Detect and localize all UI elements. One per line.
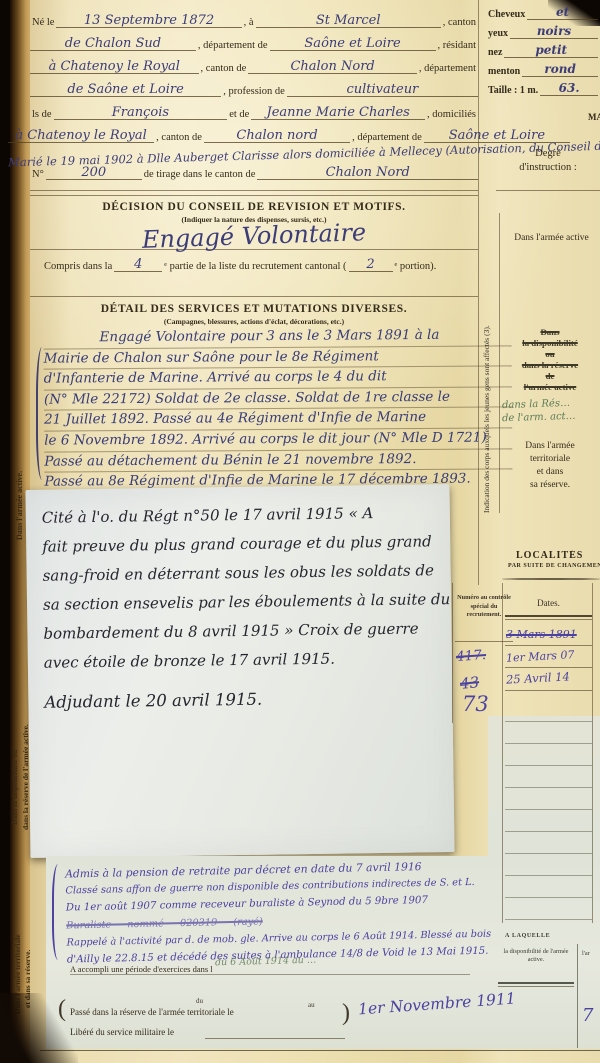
taille-value: 63. xyxy=(540,82,598,96)
laquelle-header: À LAQUELLE xyxy=(505,933,600,939)
yeux-value: noirs xyxy=(510,25,598,39)
numero-label: N° xyxy=(30,169,46,180)
armee-active-header: Dans l'armée active xyxy=(504,232,599,244)
menton-value: rond xyxy=(522,63,598,77)
dispo-column-header: la disponibilité de l'armée active. xyxy=(498,948,574,964)
territoriale-line: Dans l'armée xyxy=(504,440,596,453)
parents-departement-label: , département de xyxy=(350,132,424,143)
dates-column-header: Dates. xyxy=(505,598,592,608)
document-scan: Dans l'armée active. Dans la disponibili… xyxy=(0,0,600,1063)
localites-subheader: PAR SUITE DE CHANGEMENTS xyxy=(508,563,600,569)
departement-label: , département de xyxy=(196,40,270,51)
numero-column-border xyxy=(452,583,453,723)
subtable-divider xyxy=(577,944,578,1048)
struck-line: dans la réserve xyxy=(504,360,596,371)
rule-line xyxy=(496,190,600,191)
struck-line: Dans xyxy=(504,327,596,338)
territoriale-line: territoriale xyxy=(504,453,596,466)
date-entry-struck: 3 Mars 1891 xyxy=(506,628,577,641)
territoriale-line: sa réserve. xyxy=(504,479,596,492)
degre-instruction-label-1: Degré xyxy=(498,148,598,159)
departement-value: Saône et Loire xyxy=(270,37,436,51)
territoriale-block: Dans l'armée territoriale et dans sa rés… xyxy=(504,440,596,492)
profession-value: cultivateur xyxy=(287,83,478,97)
services-section-title: DÉTAIL DES SERVICES ET MUTATIONS DIVERSE… xyxy=(30,303,478,315)
struck-line: ou xyxy=(504,349,596,360)
rule-line xyxy=(30,195,478,196)
citation-line: avec étoile de bronze le 17 avril 1915. xyxy=(44,643,452,678)
bio-row-tirage: N° 200 de tirage dans le canton de Chalo… xyxy=(30,166,478,180)
citation-slip: Cité à l'o. du Régt n°50 le 17 avril 191… xyxy=(25,484,454,858)
header-curve-line xyxy=(502,578,600,580)
bio-row-parents-domicile: à Chatenoy le Royal , canton de Chalon n… xyxy=(8,129,570,143)
libere-label: Libéré du service militaire le xyxy=(70,1027,174,1037)
bio-row-canton: de Chalon Sud , département de Saône et … xyxy=(30,37,478,51)
column-divider xyxy=(478,0,479,585)
taille-label: Taille : 1 m. xyxy=(486,85,540,96)
bio-row-profession: de Saône et Loire , profession de cultiv… xyxy=(30,83,478,97)
taille-row: Taille : 1 m. 63. xyxy=(486,82,598,96)
margin-label-disponibilite-1: Dans la disponibilité ou xyxy=(10,635,19,825)
birth-at-label: , à xyxy=(242,17,256,28)
photo-edge-bottom-left xyxy=(0,993,78,1063)
birth-place-value: St Marcel xyxy=(256,14,441,28)
margin-label-territoriale-1: Dans l'armée territoriale xyxy=(13,862,22,1014)
promotion-note: Adjudant le 20 avril 1915. xyxy=(44,682,452,717)
compris-label-c: ᵉ portion). xyxy=(393,261,439,272)
residence-canton-value: Chalon Nord xyxy=(248,60,417,74)
decision-section-title: DÉCISION DU CONSEIL DE REVISION ET MOTIF… xyxy=(30,201,478,213)
dates-column-border-left xyxy=(502,583,503,923)
bio-row-birth: Né le 13 Septembre 1872 , à St Marcel , … xyxy=(30,14,478,28)
services-paragraph: Engagé Volontaire pour 3 ans le 3 Mars 1… xyxy=(43,325,512,492)
rule-line xyxy=(505,667,592,668)
yeux-label: yeux xyxy=(486,28,510,39)
cheveux-value: et xyxy=(527,6,598,20)
struck-category-block: Dans la disponibilité ou dans la réserve… xyxy=(504,327,596,393)
canton-label: , canton xyxy=(441,17,478,28)
empty-ruled-rows xyxy=(505,700,592,925)
rule-line xyxy=(505,690,592,691)
rule-line xyxy=(205,1038,345,1039)
citation-text: Cité à l'o. du Régt n°50 le 17 avril 191… xyxy=(25,484,452,717)
rule-line xyxy=(505,645,592,646)
et-de-label: et de xyxy=(227,109,251,120)
subtable-handwritten-number: 7 xyxy=(582,1005,593,1026)
numero-entry-struck: 43 xyxy=(459,673,480,693)
nez-value: petit xyxy=(504,44,598,58)
numero-entry-struck: 417. xyxy=(455,647,486,665)
residence-canton-label: , canton de xyxy=(199,63,249,74)
struck-line: l'armée active xyxy=(504,382,596,393)
profession-label: , profession de xyxy=(221,86,287,97)
compris-label-b: ᵉ partie de la liste du recrutement cant… xyxy=(162,261,348,272)
yeux-row: yeux noirs xyxy=(486,25,598,39)
reserve-territoriale-label: Passé dans la réserve de l'armée territo… xyxy=(70,1007,234,1017)
double-rule xyxy=(505,615,592,617)
dates-column-border xyxy=(592,583,593,923)
paren-close: ) xyxy=(342,1000,350,1027)
fils-de-label: ls de xyxy=(30,109,54,120)
marques-fragment: MA xyxy=(588,112,600,122)
father-name-value: François xyxy=(54,106,228,120)
double-rule xyxy=(498,986,574,987)
margin-label-territoriale-2: et dans sa réserve. xyxy=(23,868,32,1008)
residant-label: , résidant xyxy=(436,40,479,51)
rule-line xyxy=(30,296,478,297)
menton-label: menton xyxy=(486,66,522,77)
bio-row-residence: à Chatenoy le Royal , canton de Chalon N… xyxy=(30,60,478,74)
canton-value: de Chalon Sud xyxy=(30,37,196,51)
bio-row-parents: ls de François et de Jeanne Marie Charle… xyxy=(30,106,478,120)
rule-line xyxy=(40,1050,600,1051)
territoriale-line: et dans xyxy=(504,466,596,479)
menton-row: menton rond xyxy=(486,63,598,77)
mother-name-value: Jeanne Marie Charles xyxy=(251,106,425,120)
pension-brace xyxy=(52,864,64,960)
tirage-number-value: 200 xyxy=(46,166,142,180)
compris-label-a: Compris dans la xyxy=(42,261,114,272)
residence-departement-value: de Saône et Loire xyxy=(30,83,221,97)
tirage-label: de tirage dans le canton de xyxy=(142,169,258,180)
rule-line xyxy=(30,190,478,191)
compris-partie-value: 4 xyxy=(114,258,162,272)
cheveux-row: Cheveux et xyxy=(486,6,598,20)
citation-line: bombardement du 8 avril 1915 » Croix de … xyxy=(43,614,451,649)
services-section-subtitle: (Campagnes, blessures, actions d'éclat, … xyxy=(30,317,478,326)
double-rule xyxy=(505,619,592,620)
struck-line: la disponibilité xyxy=(504,338,596,349)
paren-du-label: du xyxy=(196,997,203,1005)
compris-row: Compris dans la 4 ᵉ partie de la liste d… xyxy=(42,258,442,272)
numero-entry-current: 73 xyxy=(462,692,489,716)
parents-domicile-value: à Chatenoy le Royal xyxy=(8,129,154,143)
localites-header: LOCALITÉS xyxy=(516,550,600,561)
birth-date-value: 13 Septembre 1872 xyxy=(56,14,241,28)
margin-label-armee-active: Dans l'armée active. xyxy=(15,392,24,540)
degre-instruction-label-2: d'instruction : xyxy=(498,162,598,173)
parents-canton-label: , canton de xyxy=(154,132,204,143)
double-rule xyxy=(498,982,574,984)
pension-block: Admis à la pension de retraite par décre… xyxy=(65,857,497,969)
tirage-canton-value: Chalon Nord xyxy=(257,166,478,180)
birth-label: Né le xyxy=(30,17,56,28)
rule-line xyxy=(455,641,513,642)
paren-au-label: au xyxy=(308,1001,315,1009)
cheveux-label: Cheveux xyxy=(486,9,527,20)
parents-canton-value: Chalon nord xyxy=(204,129,350,143)
residence-departement-label: , département xyxy=(417,63,478,74)
indication-corps-vertical-label: Indication des corps auxquels les jeunes… xyxy=(482,218,491,513)
domicilies-label: , domiciliés xyxy=(425,109,478,120)
nez-label: nez xyxy=(486,47,504,58)
struck-line: de xyxy=(504,371,596,382)
territoriale-column-fragment: l'ar xyxy=(582,950,590,957)
compris-portion-value: 2 xyxy=(349,258,393,272)
residence-value: à Chatenoy le Royal xyxy=(30,60,199,74)
nez-row: nez petit xyxy=(486,44,598,58)
